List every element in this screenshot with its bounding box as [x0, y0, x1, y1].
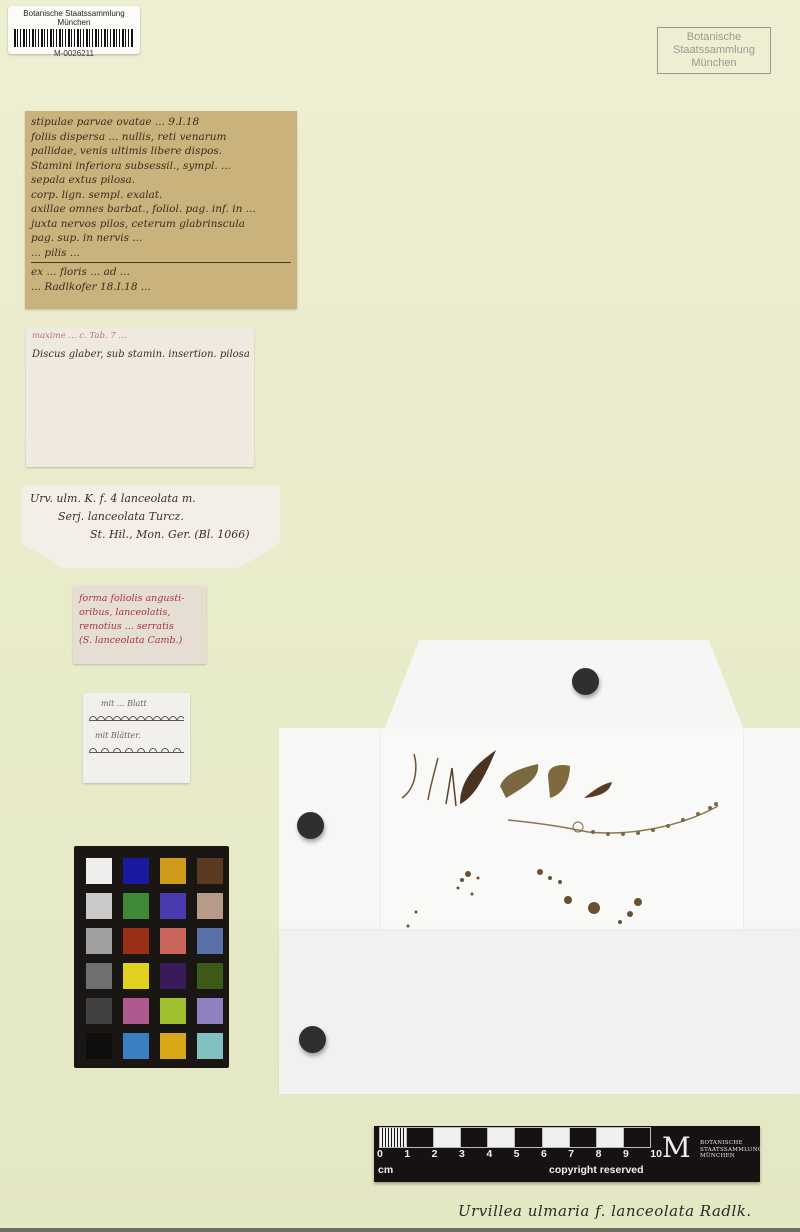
color-patch — [197, 1033, 223, 1059]
color-patch — [197, 928, 223, 954]
color-patch — [86, 858, 112, 884]
ruler-segment — [460, 1127, 487, 1148]
ruler-number: 4 — [486, 1148, 492, 1160]
color-patch — [160, 928, 186, 954]
sketch-label: mit ... Blatt mit Blätter. — [83, 693, 190, 783]
color-patch — [197, 893, 223, 919]
barcode-label: Botanische Staatssammlung München M-0026… — [8, 6, 140, 54]
ruler-number: 5 — [514, 1148, 520, 1160]
stamp-line: München — [658, 57, 770, 70]
stamp-line: Staatssammlung — [658, 44, 770, 57]
color-patch — [123, 858, 149, 884]
ruler-unit: cm — [378, 1164, 393, 1176]
stamp-line: Botanische — [658, 31, 770, 44]
ruler-number: 0 — [377, 1148, 383, 1160]
ruler-institution: BOTANISCHE STAATSSAMMLUNG MÜNCHEN — [700, 1140, 763, 1160]
ruler-number: 6 — [541, 1148, 547, 1160]
label-line: foliis dispersa ... nullis, reti venarum — [31, 130, 291, 145]
ruler-segment — [433, 1127, 460, 1148]
barcode-icon — [14, 29, 134, 47]
magnet-icon — [572, 668, 599, 695]
label-line: Urv. ulm. K. f. 4 lanceolata m. — [30, 490, 272, 508]
color-calibration-chart — [74, 846, 229, 1068]
color-patch — [160, 998, 186, 1024]
color-patch — [160, 963, 186, 989]
ruler-segment — [514, 1127, 541, 1148]
label-line: remotius ... serratis — [79, 620, 200, 634]
ruler-segment — [596, 1127, 623, 1148]
handwritten-description-label: stipulae parvae ovatae ... 9.I.18 foliis… — [25, 111, 297, 309]
magnet-icon — [297, 812, 324, 839]
magnet-icon — [299, 1026, 326, 1053]
label-line: (S. lanceolata Camb.) — [79, 634, 200, 648]
packet-bottom-flap — [279, 931, 800, 1094]
label-line: St. Hil., Mon. Ger. (Bl. 1066) — [30, 526, 272, 544]
ruler-number: 10 — [650, 1148, 662, 1160]
specimen-id: M-0026211 — [8, 49, 140, 58]
label-line: mit ... Blatt — [89, 699, 184, 708]
institution-line: MÜNCHEN — [700, 1153, 763, 1160]
color-patch — [86, 1033, 112, 1059]
institution-logo-icon: M — [662, 1132, 691, 1164]
label-line: corp. lign. sempl. exalat. — [31, 188, 291, 203]
ruler-segment — [487, 1127, 514, 1148]
label-line: Discus glaber, sub stamin. insertion. pi… — [32, 349, 248, 360]
color-patch — [160, 1033, 186, 1059]
ruler-segment — [542, 1127, 569, 1148]
copyright-text: copyright reserved — [549, 1164, 644, 1176]
color-patch — [123, 928, 149, 954]
ruler-segment — [569, 1127, 596, 1148]
leaf-margin-sketch-icon — [89, 744, 184, 753]
ruler-segment — [406, 1127, 433, 1148]
label-line: ... pilis ... — [31, 246, 291, 261]
taxon-label: Urv. ulm. K. f. 4 lanceolata m. Serj. la… — [22, 486, 280, 568]
label-line: Serj. lanceolata Turcz. — [30, 508, 272, 526]
color-patch — [123, 998, 149, 1024]
color-patch — [86, 963, 112, 989]
sheet-bottom-edge — [0, 1228, 800, 1232]
ruler-number: 9 — [623, 1148, 629, 1160]
ruler-segment — [379, 1127, 406, 1148]
color-patch — [123, 963, 149, 989]
color-patch — [197, 858, 223, 884]
color-patch — [86, 998, 112, 1024]
label-line: ex ... floris ... ad ... — [31, 265, 291, 280]
divider — [31, 262, 291, 263]
barcode-institution: Botanische Staatssammlung München — [8, 9, 140, 27]
color-patch — [197, 963, 223, 989]
ruler-number: 1 — [404, 1148, 410, 1160]
label-line: ... Radlkofer 18.I.18 ... — [31, 280, 291, 295]
color-patch — [160, 893, 186, 919]
ruler-scale-bar — [379, 1127, 651, 1148]
label-line: stipulae parvae ovatae ... 9.I.18 — [31, 115, 291, 130]
label-line: forma foliolis angusti- — [79, 592, 200, 606]
determination-annotation: Urvillea ulmaria f. lanceolata Radlk. — [458, 1202, 752, 1220]
color-patch — [86, 893, 112, 919]
ruler-numbers: 0 1 2 3 4 5 6 7 8 9 10 — [377, 1148, 662, 1160]
label-line: pag. sup. in nervis ... — [31, 231, 291, 246]
label-line: sepala extus pilosa. — [31, 173, 291, 188]
leaf-margin-sketch-icon — [89, 712, 184, 721]
ruler-number: 3 — [459, 1148, 465, 1160]
label-line: axillae omnes barbat., foliol. pag. inf.… — [31, 202, 291, 217]
color-patch — [86, 928, 112, 954]
label-line: Stamini inferiora subsessil., sympl. ... — [31, 159, 291, 174]
label-line-red: maxime ... c. Tab. 7 ... — [32, 331, 248, 341]
label-line: juxta nervos pilos, ceterum glabrinscula — [31, 217, 291, 232]
color-patch — [123, 1033, 149, 1059]
color-patch — [197, 998, 223, 1024]
label-line: pallidae, venis ultimis libere dispos. — [31, 144, 291, 159]
packet-top-flap — [383, 640, 745, 732]
plant-fragments-icon — [398, 748, 728, 928]
discus-note-label: maxime ... c. Tab. 7 ... Discus glaber, … — [26, 327, 254, 467]
ruler-number: 7 — [568, 1148, 574, 1160]
color-patch — [160, 858, 186, 884]
color-patch — [123, 893, 149, 919]
scale-ruler: 0 1 2 3 4 5 6 7 8 9 10 cm copyright rese… — [374, 1126, 760, 1182]
forma-label: forma foliolis angusti- oribus, lanceola… — [73, 586, 206, 664]
institution-stamp: Botanische Staatssammlung München — [657, 27, 771, 74]
ruler-number: 8 — [596, 1148, 602, 1160]
label-line: oribus, lanceolatis, — [79, 606, 200, 620]
ruler-segment — [623, 1127, 651, 1148]
ruler-number: 2 — [432, 1148, 438, 1160]
label-line: mit Blätter. — [89, 731, 184, 740]
